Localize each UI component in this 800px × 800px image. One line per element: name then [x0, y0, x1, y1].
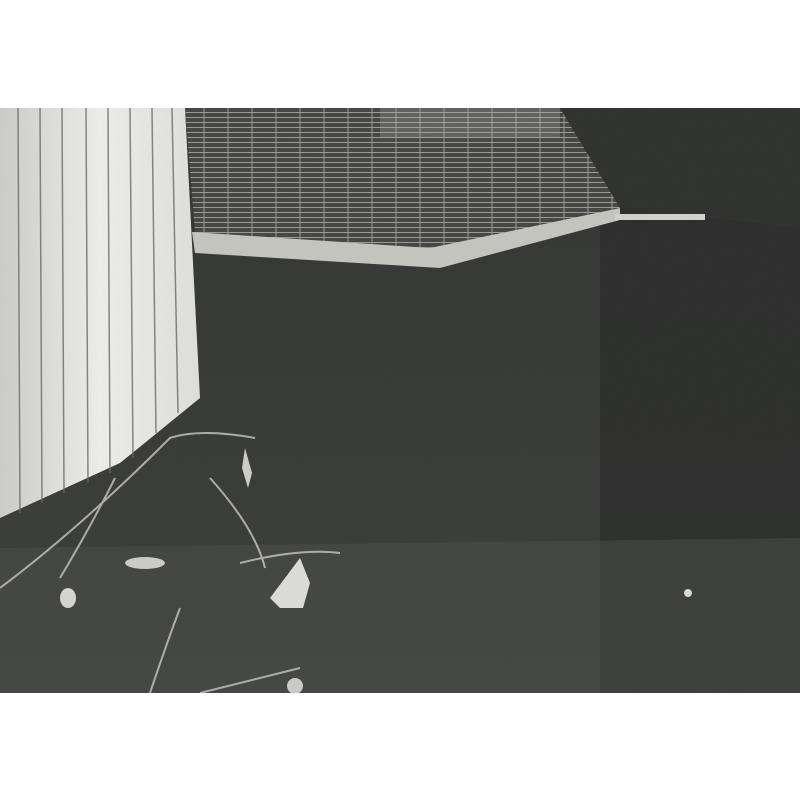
scene	[0, 108, 800, 693]
photograph	[0, 108, 800, 693]
